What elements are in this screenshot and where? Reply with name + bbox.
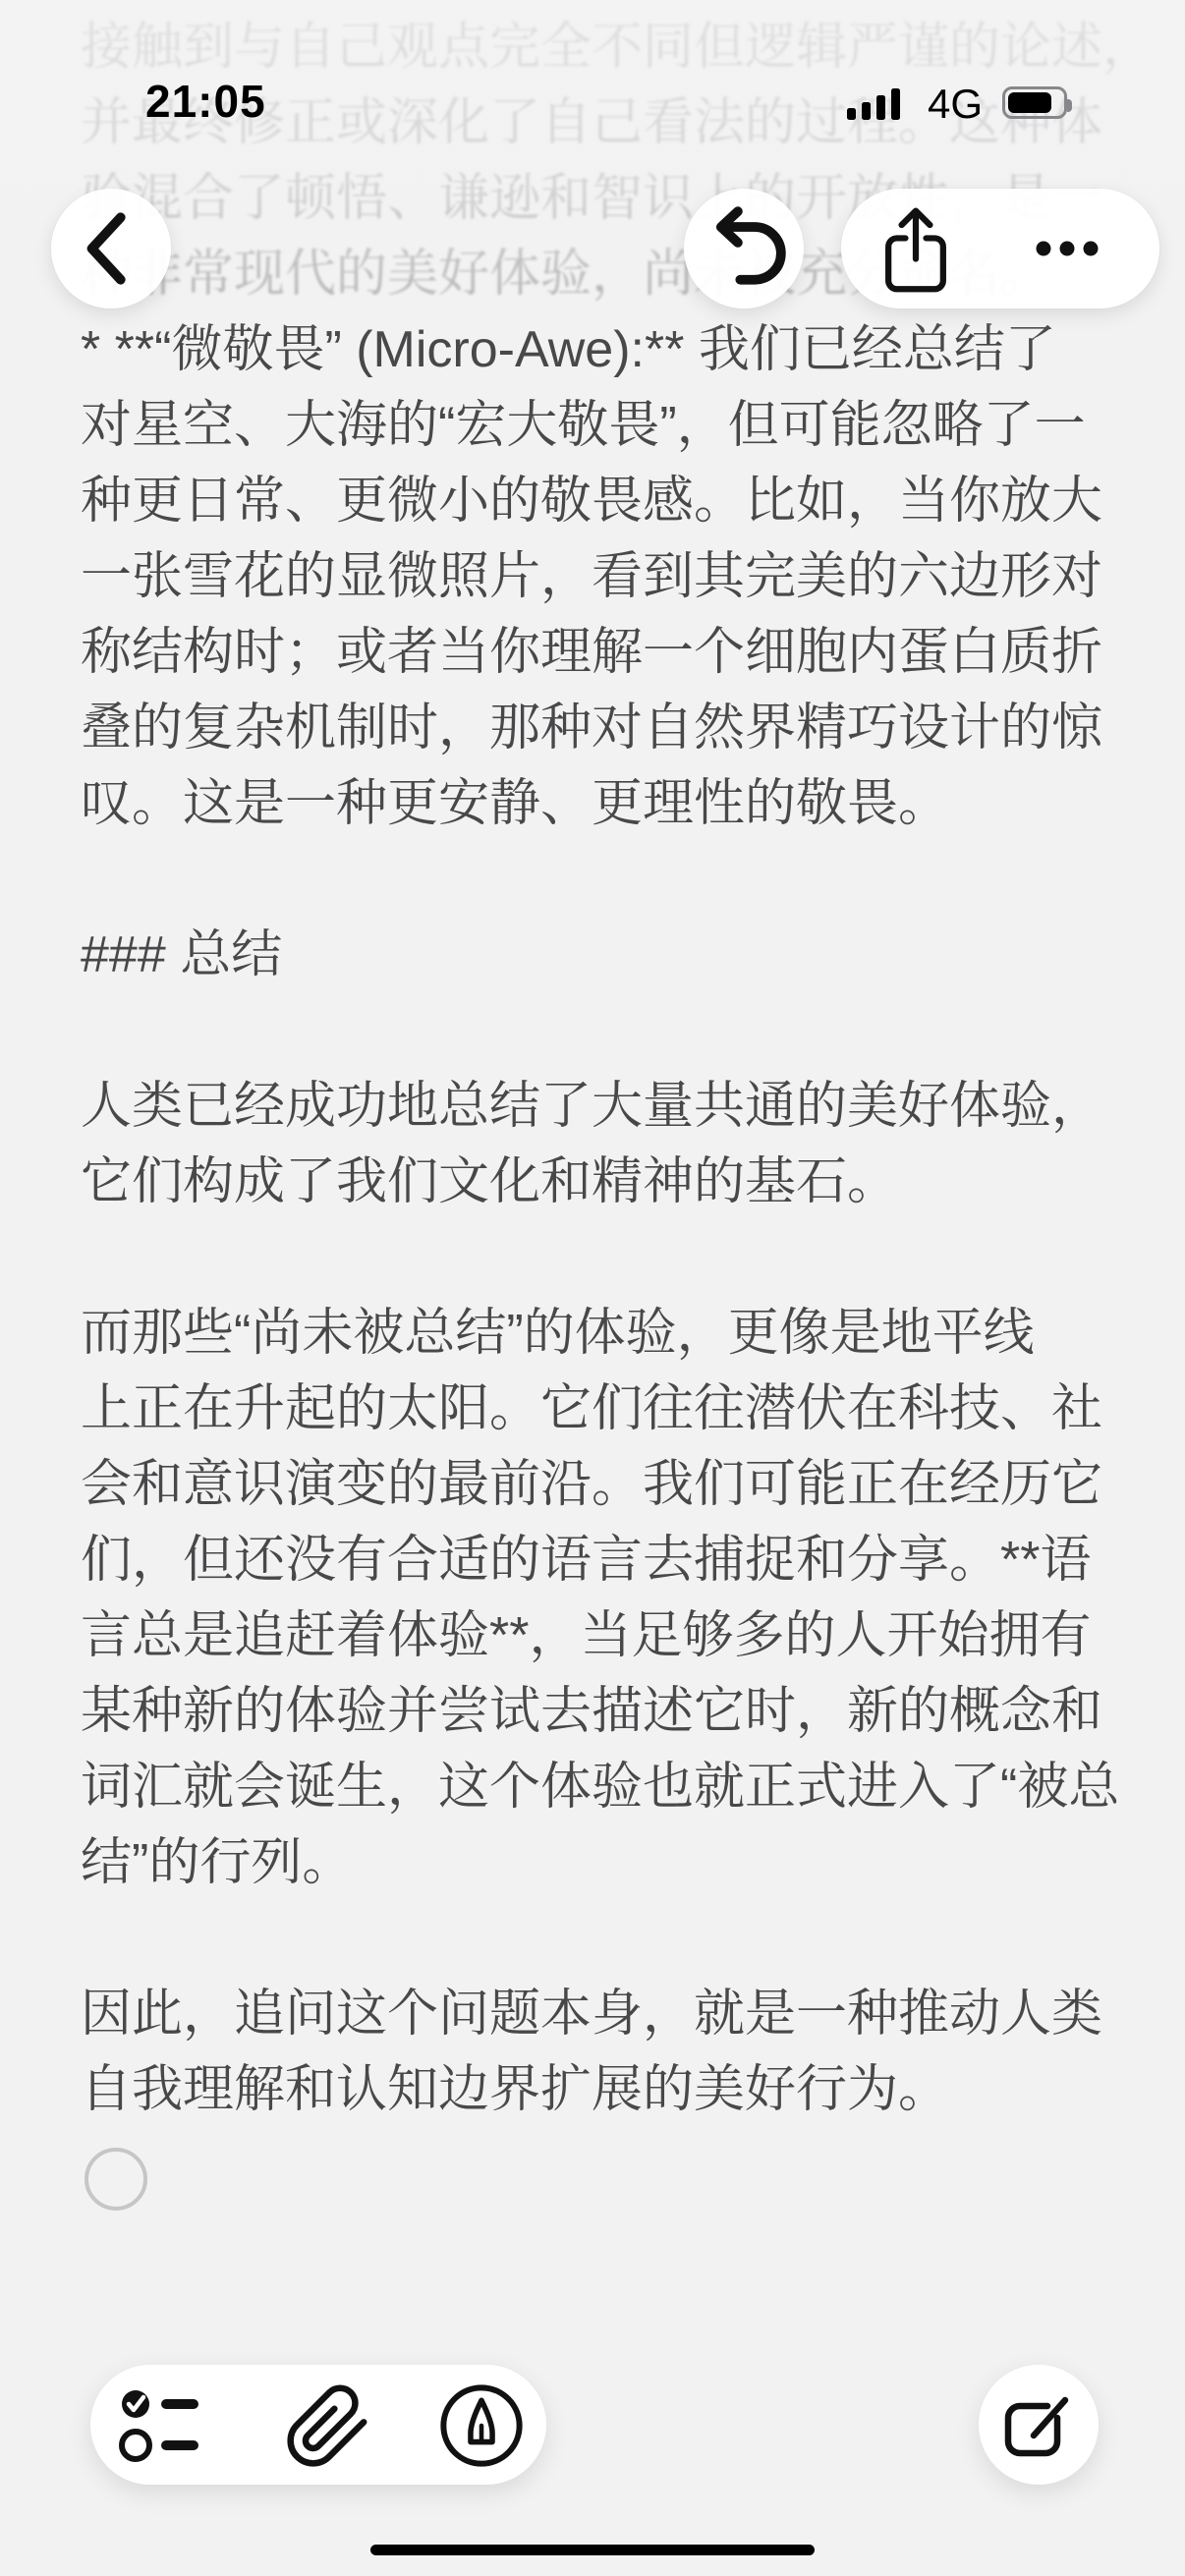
bottom-toolbar	[0, 2338, 1185, 2515]
text-line: 词汇就会诞生，这个体验也就正式进入了“被总	[81, 1750, 1106, 1825]
text-line: 会和意识演变的最前沿。我们可能正在经历它	[81, 1447, 1106, 1523]
compose-icon	[979, 2380, 1099, 2479]
text-line: 上正在升起的太阳。它们往往潜伏在科技、社	[81, 1372, 1106, 1447]
text-line: 种更日常、更微小的敬畏感。比如，当你放大	[81, 464, 1106, 539]
blank-line	[81, 842, 1106, 918]
text-line: 某种新的体验并尝试去描述它时，新的概念和	[81, 1674, 1106, 1750]
blank-line	[81, 1220, 1106, 1296]
more-ellipsis-icon[interactable]	[1008, 189, 1126, 308]
text-line: ### 总结	[81, 918, 1106, 993]
text-line: 对星空、大海的“宏大敬畏”，但可能忽略了一	[81, 388, 1106, 464]
battery-icon	[1002, 86, 1067, 119]
text-line: 言总是追赶着体验**，当足够多的人开始拥有	[81, 1598, 1106, 1674]
home-indicator[interactable]	[370, 2545, 815, 2555]
cellular-signal-icon	[847, 86, 912, 120]
share-more-group	[841, 189, 1159, 308]
hand-drawn-circle	[85, 2148, 147, 2211]
back-button[interactable]	[51, 189, 171, 308]
note-tools-group	[90, 2365, 546, 2485]
text-line: 而那些“尚未被总结”的体验，更像是地平线	[81, 1296, 1106, 1372]
blank-line	[81, 1901, 1106, 1977]
text-line: 叠的复杂机制时，那种对自然界精巧设计的惊	[81, 691, 1106, 766]
text-line: 它们构成了我们文化和精神的基石。	[81, 1145, 1106, 1220]
undo-button[interactable]	[684, 189, 804, 308]
share-icon[interactable]	[869, 196, 963, 301]
chevron-left-icon	[51, 189, 171, 308]
checklist-icon[interactable]	[116, 2380, 214, 2469]
text-line: 称结构时；或者当你理解一个细胞内蛋白质折	[81, 615, 1106, 691]
text-line: 们，但还没有合适的语言去捕捉和分享。**语	[81, 1523, 1106, 1598]
text-line: 因此，追问这个问题本身，就是一种推动人类	[81, 1977, 1106, 2052]
text-line: * **“微敬畏” (Micro-Awe):** 我们已经总结了	[81, 312, 1106, 388]
text-line: 一张雪花的显微照片，看到其完美的六边形对	[81, 539, 1106, 615]
status-bar: 21:05 4G	[0, 0, 1185, 138]
text-line: 叹。这是一种更安静、更理性的敬畏。	[81, 766, 1106, 842]
compose-button[interactable]	[979, 2365, 1099, 2485]
text-line: 人类已经成功地总结了大量共通的美好体验，	[81, 1069, 1106, 1145]
battery-nub	[1067, 99, 1072, 112]
status-time: 21:05	[145, 75, 266, 128]
text-line: 结”的行列。	[81, 1825, 1106, 1901]
markup-pen-icon[interactable]	[436, 2380, 527, 2471]
undo-arrow-icon	[684, 189, 804, 308]
note-content[interactable]: 接触到与自己观点完全不同但逻辑严谨的论述，并最终修正或深化了自己看法的过程。这种…	[81, 10, 1106, 2128]
network-type-label: 4G	[928, 81, 983, 128]
paperclip-icon[interactable]	[283, 2380, 373, 2471]
text-line: 自我理解和认知边界扩展的美好行为。	[81, 2052, 1106, 2128]
blank-line	[81, 993, 1106, 1069]
battery-fill	[1008, 92, 1051, 113]
